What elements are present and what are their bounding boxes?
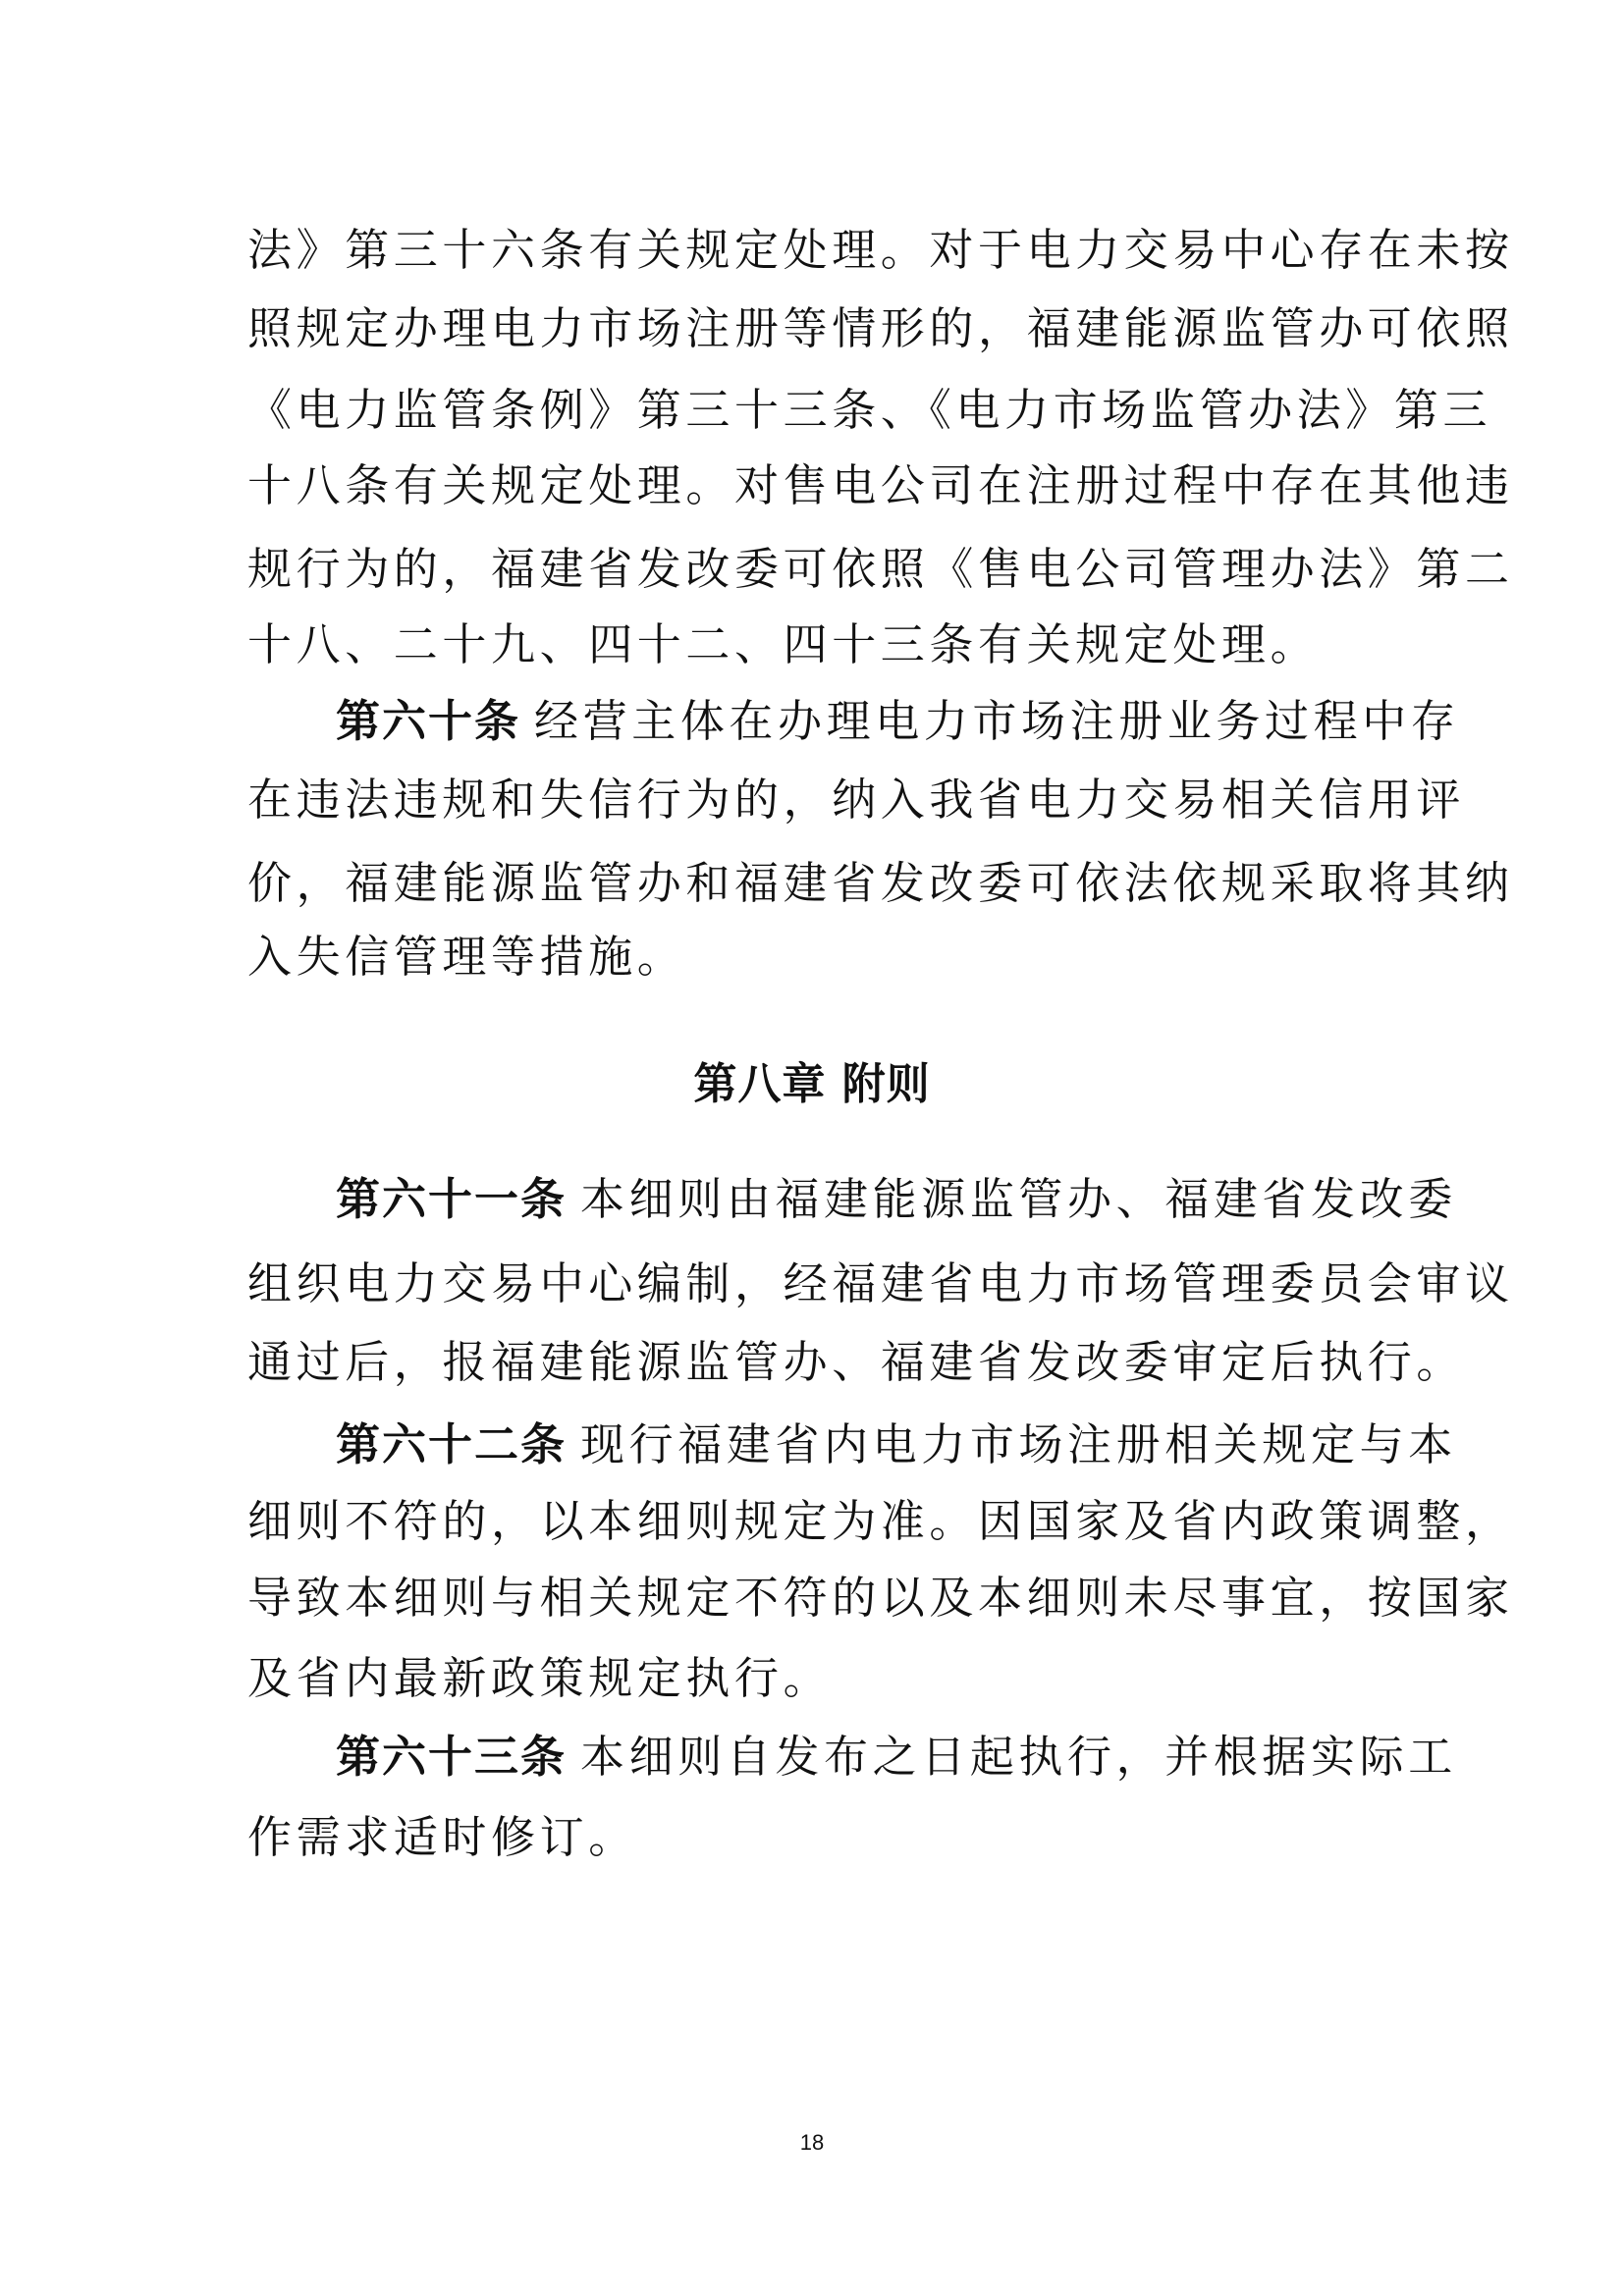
chapter-heading: 第八章 附则 <box>0 1048 1624 1111</box>
paragraph-line: 照规定办理电力市场注册等情形的，福建能源监管办可依照 <box>247 299 1416 358</box>
paragraph-line: 十八、二十九、四十二、四十三条有关规定处理。 <box>247 615 1416 674</box>
article-63-first-line: 第六十三条本细则自发布之日起执行，并根据实际工 <box>336 1728 1416 1787</box>
article-61-title: 第六十一条 <box>336 1173 567 1225</box>
paragraph-line: 通过后，报福建能源监管办、福建省发改委审定后执行。 <box>247 1333 1416 1392</box>
article-63-title: 第六十三条 <box>336 1731 567 1783</box>
paragraph-line: 规行为的，福建省发改委可依照《售电公司管理办法》第二 <box>247 540 1416 599</box>
article-60-first-line: 第六十条经营主体在办理电力市场注册业务过程中存 <box>336 692 1416 751</box>
article-60-text: 经营主体在办理电力市场注册业务过程中存 <box>534 695 1459 747</box>
paragraph-line: 及省内最新政策规定执行。 <box>247 1649 1416 1708</box>
paragraph-line: 入失信管理等措施。 <box>247 928 1416 987</box>
paragraph-line: 组织电力交易中心编制，经福建省电力市场管理委员会审议 <box>247 1255 1416 1313</box>
article-61-text: 本细则由福建能源监管办、福建省发改委 <box>580 1173 1457 1225</box>
paragraph-line: 《电力监管条例》第三十三条、《电力市场监管办法》第三 <box>247 381 1416 440</box>
document-page: 法》第三十六条有关规定处理。对于电力交易中心存在未按 照规定办理电力市场注册等情… <box>0 0 1624 2296</box>
paragraph-line: 十八条有关规定处理。对售电公司在注册过程中存在其他违 <box>247 456 1416 515</box>
page-number: 18 <box>0 2130 1624 2156</box>
paragraph-line: 在违法违规和失信行为的，纳入我省电力交易相关信用评 <box>247 771 1416 829</box>
paragraph-line: 细则不符的，以本细则规定为准。因国家及省内政策调整， <box>247 1492 1416 1551</box>
article-62-first-line: 第六十二条现行福建省内电力市场注册相关规定与本 <box>336 1415 1416 1474</box>
article-63-text: 本细则自发布之日起执行，并根据实际工 <box>580 1731 1457 1783</box>
article-62-text: 现行福建省内电力市场注册相关规定与本 <box>580 1418 1457 1470</box>
paragraph-line: 导致本细则与相关规定不符的以及本细则未尽事宜，按国家 <box>247 1569 1416 1628</box>
paragraph-line: 价，福建能源监管办和福建省发改委可依法依规采取将其纳 <box>247 854 1416 913</box>
paragraph-line: 法》第三十六条有关规定处理。对于电力交易中心存在未按 <box>247 221 1416 280</box>
article-61-first-line: 第六十一条本细则由福建能源监管办、福建省发改委 <box>336 1170 1416 1229</box>
paragraph-line: 作需求适时修订。 <box>247 1808 1416 1867</box>
article-60-title: 第六十条 <box>336 695 520 747</box>
article-62-title: 第六十二条 <box>336 1418 567 1470</box>
